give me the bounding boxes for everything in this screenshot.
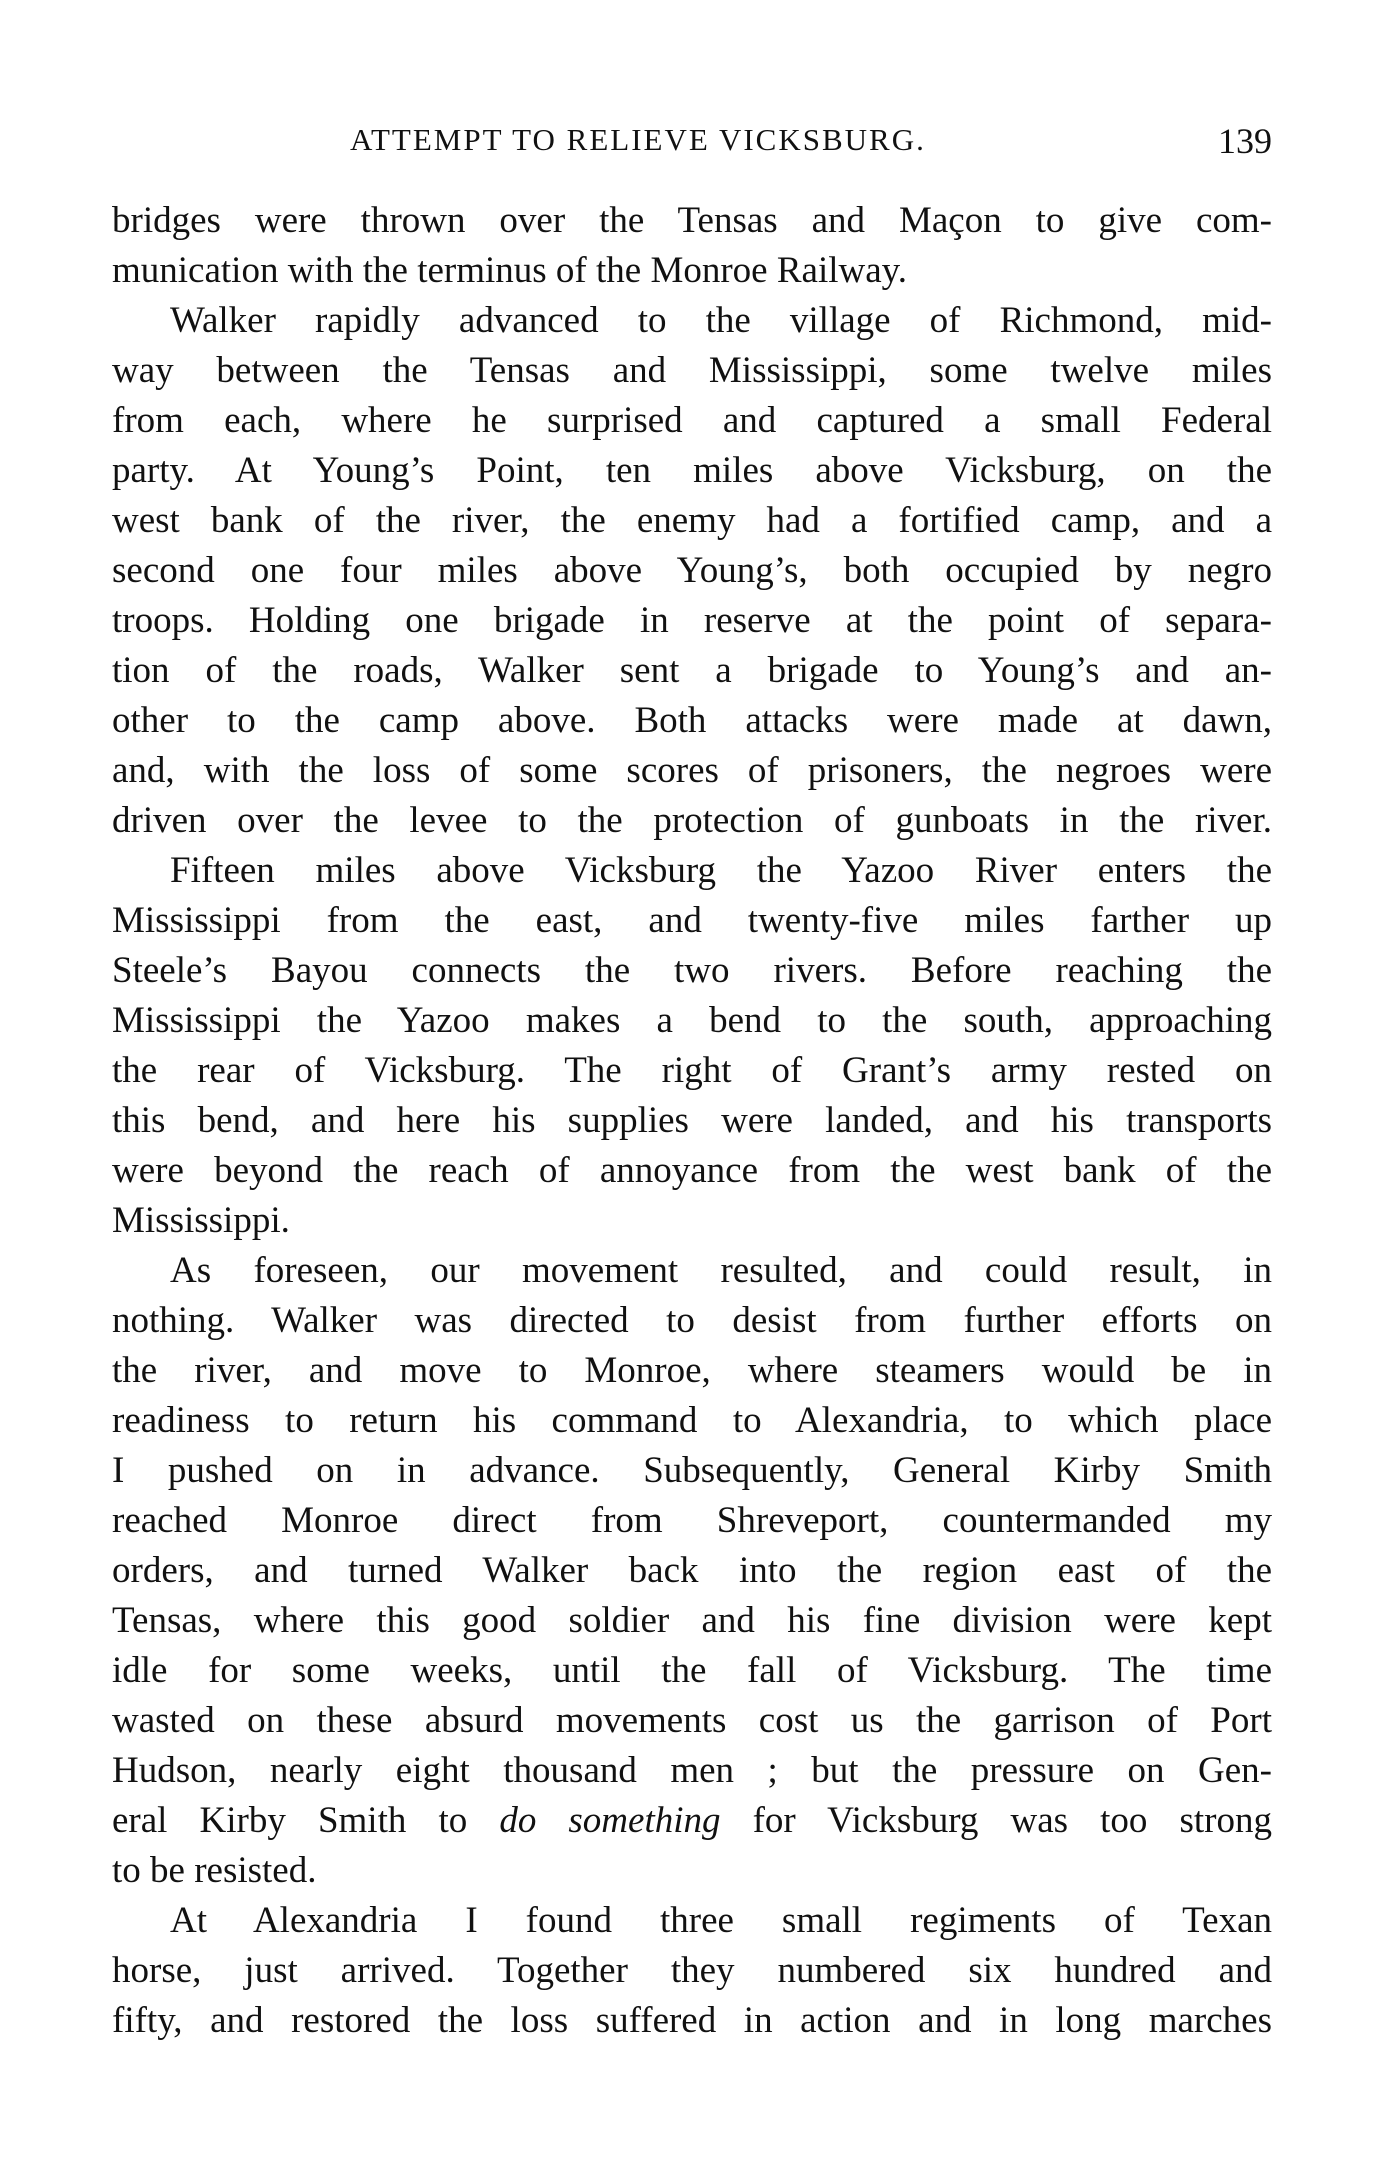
paragraph-3: Fifteen miles above Vicksburg the Yazoo … [112, 846, 1272, 1246]
text-line: way between the Tensas and Mississippi, … [112, 346, 1272, 396]
text-line: Steele’s Bayou connects the two rivers. … [112, 946, 1272, 996]
text-line: readiness to return his command to Alexa… [112, 1396, 1272, 1446]
text-line: to be resisted. [112, 1846, 1272, 1896]
text-line: I pushed on in advance. Subsequently, Ge… [112, 1446, 1272, 1496]
text-line: nothing. Walker was directed to desist f… [112, 1296, 1272, 1346]
text-line: tion of the roads, Walker sent a brigade… [112, 646, 1272, 696]
text-line: idle for some weeks, until the fall of V… [112, 1646, 1272, 1696]
text-line: At Alexandria I found three small regime… [112, 1896, 1272, 1946]
text-line: other to the camp above. Both attacks we… [112, 696, 1272, 746]
body-text: bridges were thrown over the Tensas and … [112, 196, 1272, 2046]
running-header: ATTEMPT TO RELIEVE VICKSBURG. 139 [160, 112, 1270, 172]
text-line: Mississippi the Yazoo makes a bend to th… [112, 996, 1272, 1046]
text-line: wasted on these absurd movements cost us… [112, 1696, 1272, 1746]
text-line-with-italic: eral Kirby Smith to do something for Vic… [112, 1796, 1272, 1846]
text-line: the rear of Vicksburg. The right of Gran… [112, 1046, 1272, 1096]
text-line: horse, just arrived. Together they numbe… [112, 1946, 1272, 1996]
text-line: As foreseen, our movement resulted, and … [112, 1246, 1272, 1296]
text-line: Hudson, nearly eight thousand men ; but … [112, 1746, 1272, 1796]
text-line: fifty, and restored the loss suffered in… [112, 1996, 1272, 2046]
paragraph-5: At Alexandria I found three small regime… [112, 1896, 1272, 2046]
paragraph-2: Walker rapidly advanced to the village o… [112, 296, 1272, 846]
text-line: bridges were thrown over the Tensas and … [112, 196, 1272, 246]
text-line: Tensas, where this good soldier and his … [112, 1596, 1272, 1646]
text-line: troops. Holding one brigade in reserve a… [112, 596, 1272, 646]
text-line: were beyond the reach of annoyance from … [112, 1146, 1272, 1196]
text-line: Fifteen miles above Vicksburg the Yazoo … [112, 846, 1272, 896]
text-line: driven over the levee to the protection … [112, 796, 1272, 846]
running-title: ATTEMPT TO RELIEVE VICKSBURG. [350, 122, 926, 158]
text-segment: for Vicksburg was too strong [721, 1800, 1272, 1841]
text-line: from each, where he surprised and captur… [112, 396, 1272, 446]
text-line: second one four miles above Young’s, bot… [112, 546, 1272, 596]
text-line: west bank of the river, the enemy had a … [112, 496, 1272, 546]
text-line: and, with the loss of some scores of pri… [112, 746, 1272, 796]
text-line: Mississippi. [112, 1196, 1272, 1246]
page-number: 139 [1218, 120, 1272, 162]
paragraph-4: As foreseen, our movement resulted, and … [112, 1246, 1272, 1896]
text-line: munication with the terminus of the Monr… [112, 246, 1272, 296]
text-line: this bend, and here his supplies were la… [112, 1096, 1272, 1146]
italic-phrase: do something [499, 1800, 720, 1841]
text-segment: eral Kirby Smith to [112, 1800, 499, 1841]
book-page: ATTEMPT TO RELIEVE VICKSBURG. 139 bridge… [0, 0, 1398, 2163]
paragraph-1: bridges were thrown over the Tensas and … [112, 196, 1272, 296]
text-line: the river, and move to Monroe, where ste… [112, 1346, 1272, 1396]
text-line: reached Monroe direct from Shreveport, c… [112, 1496, 1272, 1546]
text-line: orders, and turned Walker back into the … [112, 1546, 1272, 1596]
text-line: Mississippi from the east, and twenty-fi… [112, 896, 1272, 946]
text-line: Walker rapidly advanced to the village o… [112, 296, 1272, 346]
text-line: party. At Young’s Point, ten miles above… [112, 446, 1272, 496]
